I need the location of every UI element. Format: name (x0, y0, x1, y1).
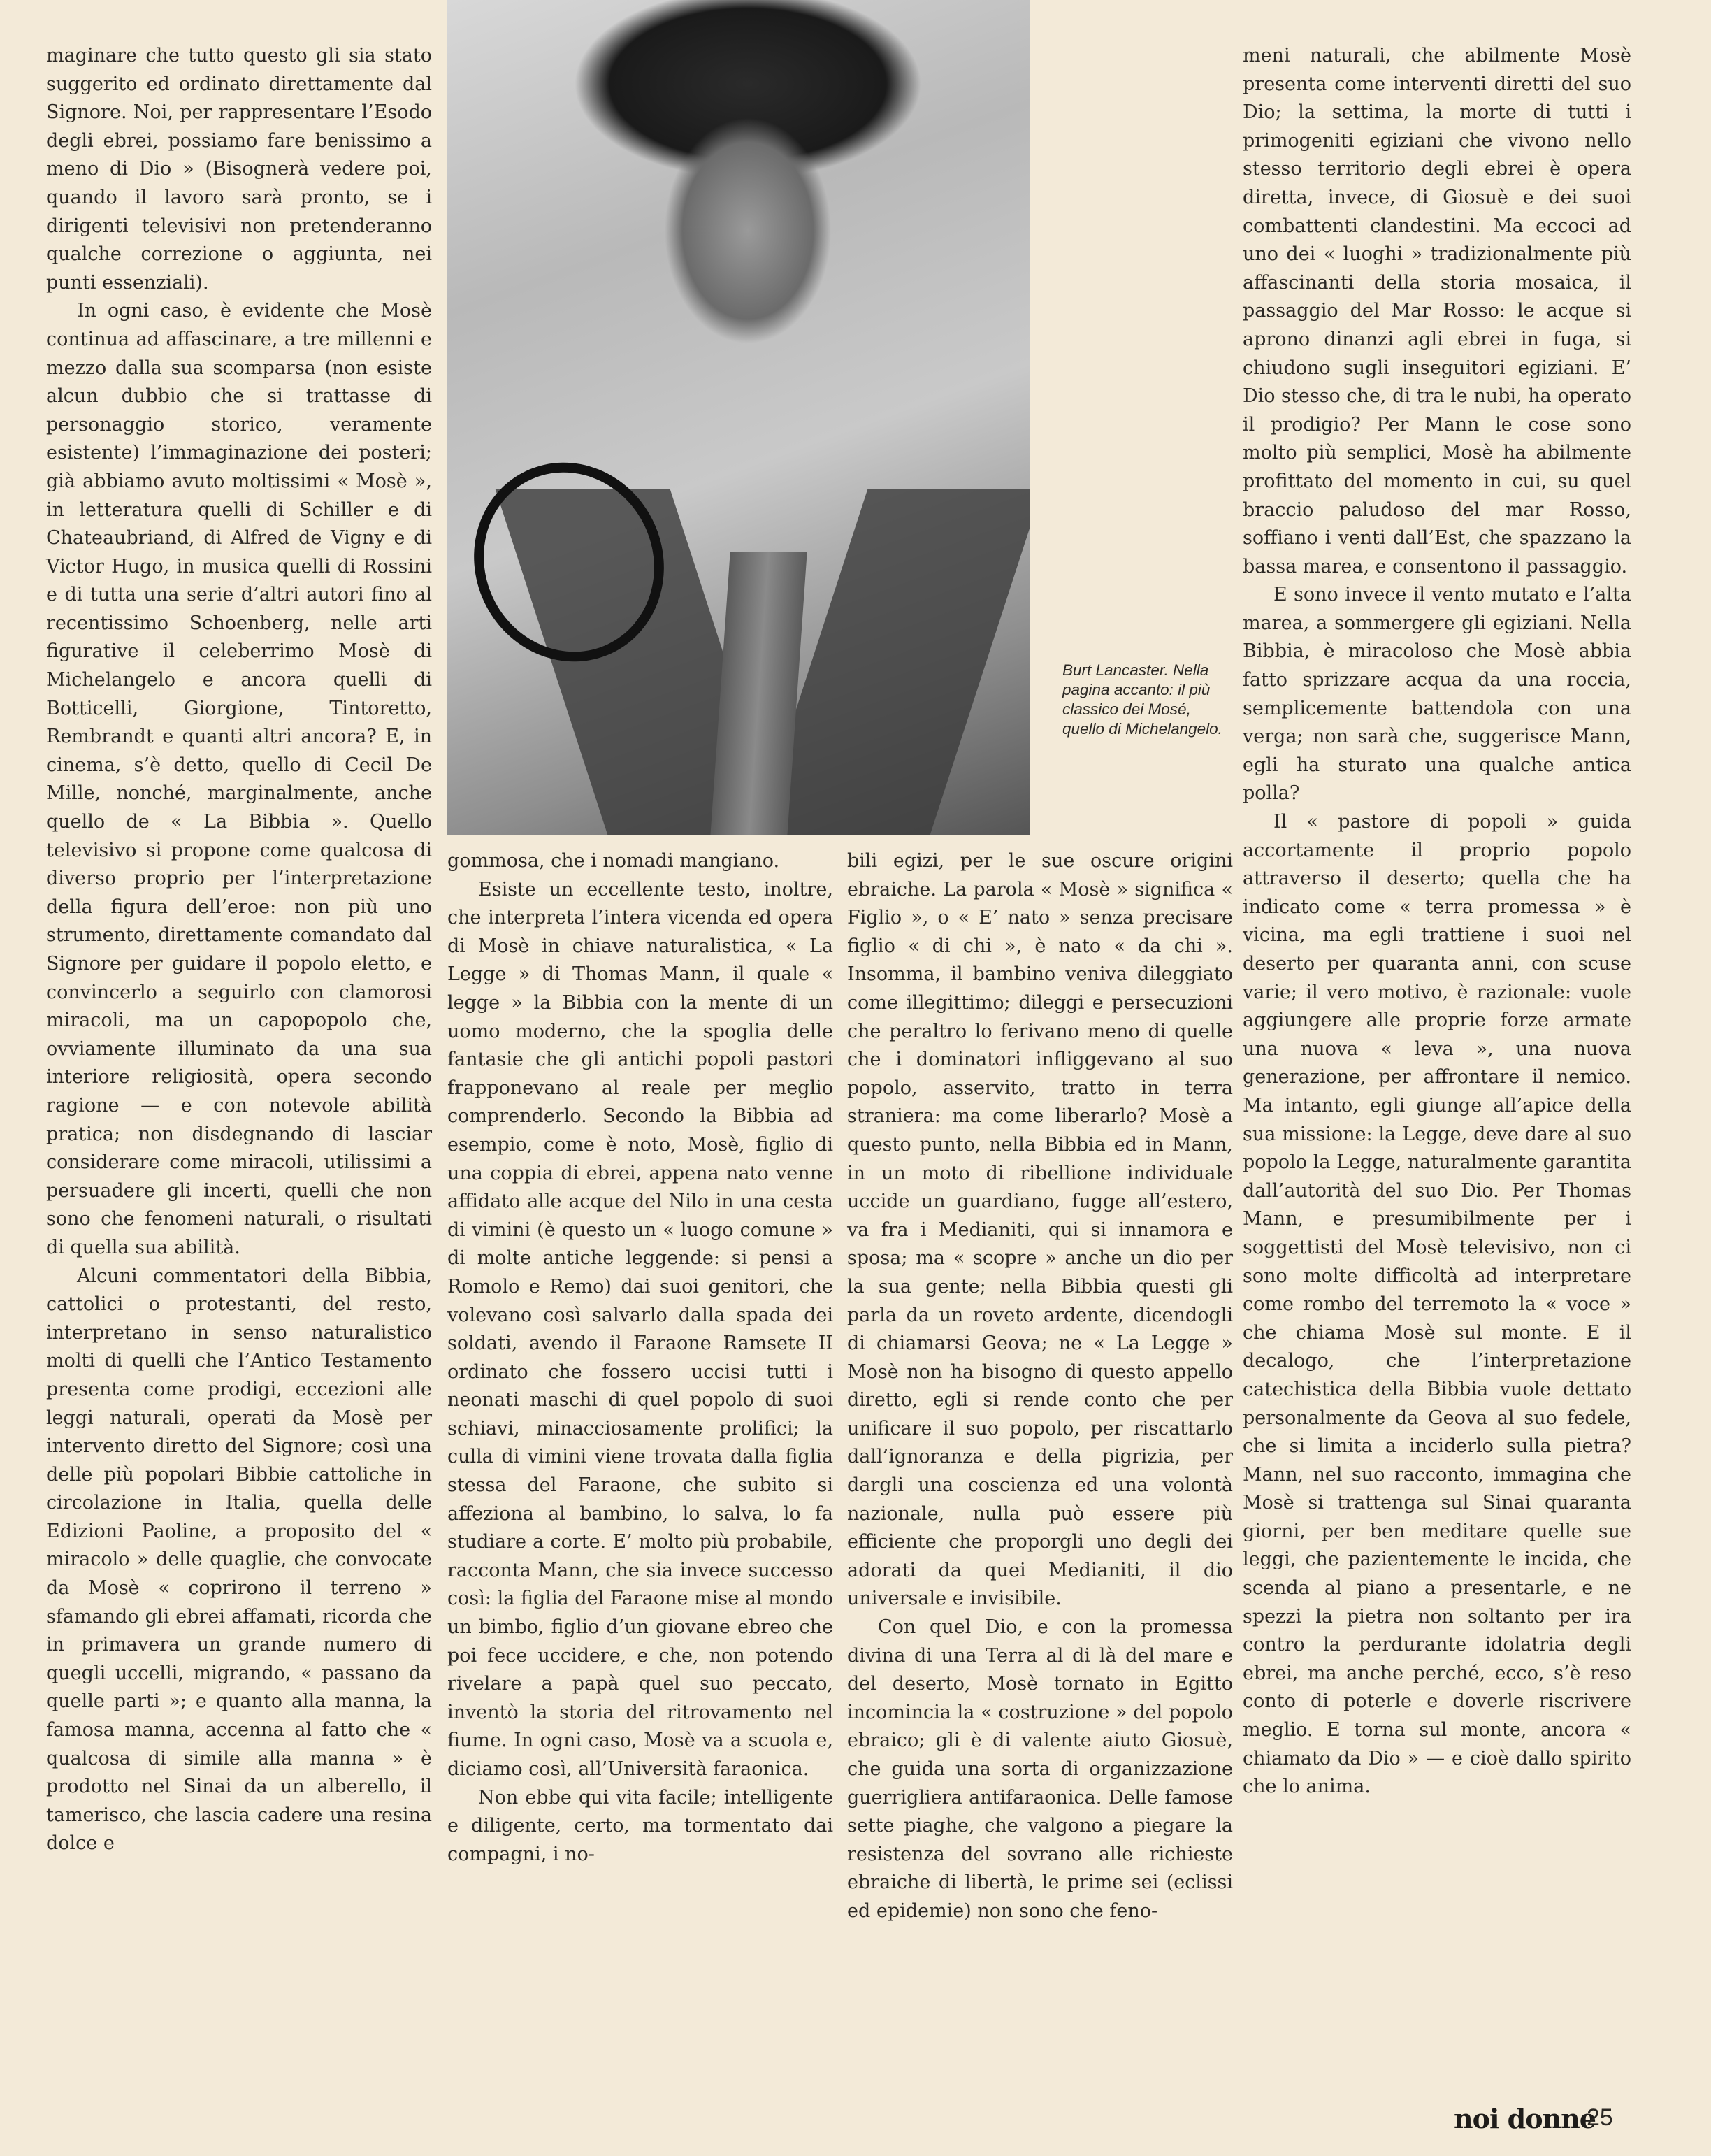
paragraph: In ogni caso, è evidente che Mosè contin… (46, 297, 432, 1262)
text-column-4: meni naturali, che abilmente Mosè presen… (1243, 42, 1631, 1802)
text-column-3: bili egizi, per le sue oscure origini eb… (847, 847, 1233, 1926)
paragraph: Con quel Dio, e con la promessa divina d… (847, 1614, 1233, 1926)
paragraph: E sono invece il vento mutato e l’alta m… (1243, 581, 1631, 808)
text-column-2: gommosa, che i nomadi mangiano. Esiste u… (447, 847, 833, 1869)
magazine-brand: noi donne (1454, 2103, 1596, 2134)
text-column-1: maginare che tutto questo gli sia stato … (46, 42, 432, 1858)
paragraph: Alcuni commentatori della Bibbia, cattol… (46, 1263, 432, 1858)
photo-burt-lancaster (447, 0, 1030, 835)
paragraph: Il « pastore di popoli » guida accortame… (1243, 808, 1631, 1802)
paragraph: bili egizi, per le sue oscure origini eb… (847, 847, 1233, 1614)
page-number: 25 (1587, 2104, 1613, 2132)
paragraph: maginare che tutto questo gli sia stato … (46, 42, 432, 297)
photo-caption: Burt Lancaster. Nella pagina accanto: il… (1062, 661, 1230, 739)
paragraph: Non ebbe qui vita facile; intelligente e… (447, 1784, 833, 1869)
paragraph: meni naturali, che abilmente Mosè presen… (1243, 42, 1631, 581)
paragraph: gommosa, che i nomadi mangiano. (447, 847, 833, 876)
paragraph: Esiste un eccellente testo, inoltre, che… (447, 876, 833, 1784)
